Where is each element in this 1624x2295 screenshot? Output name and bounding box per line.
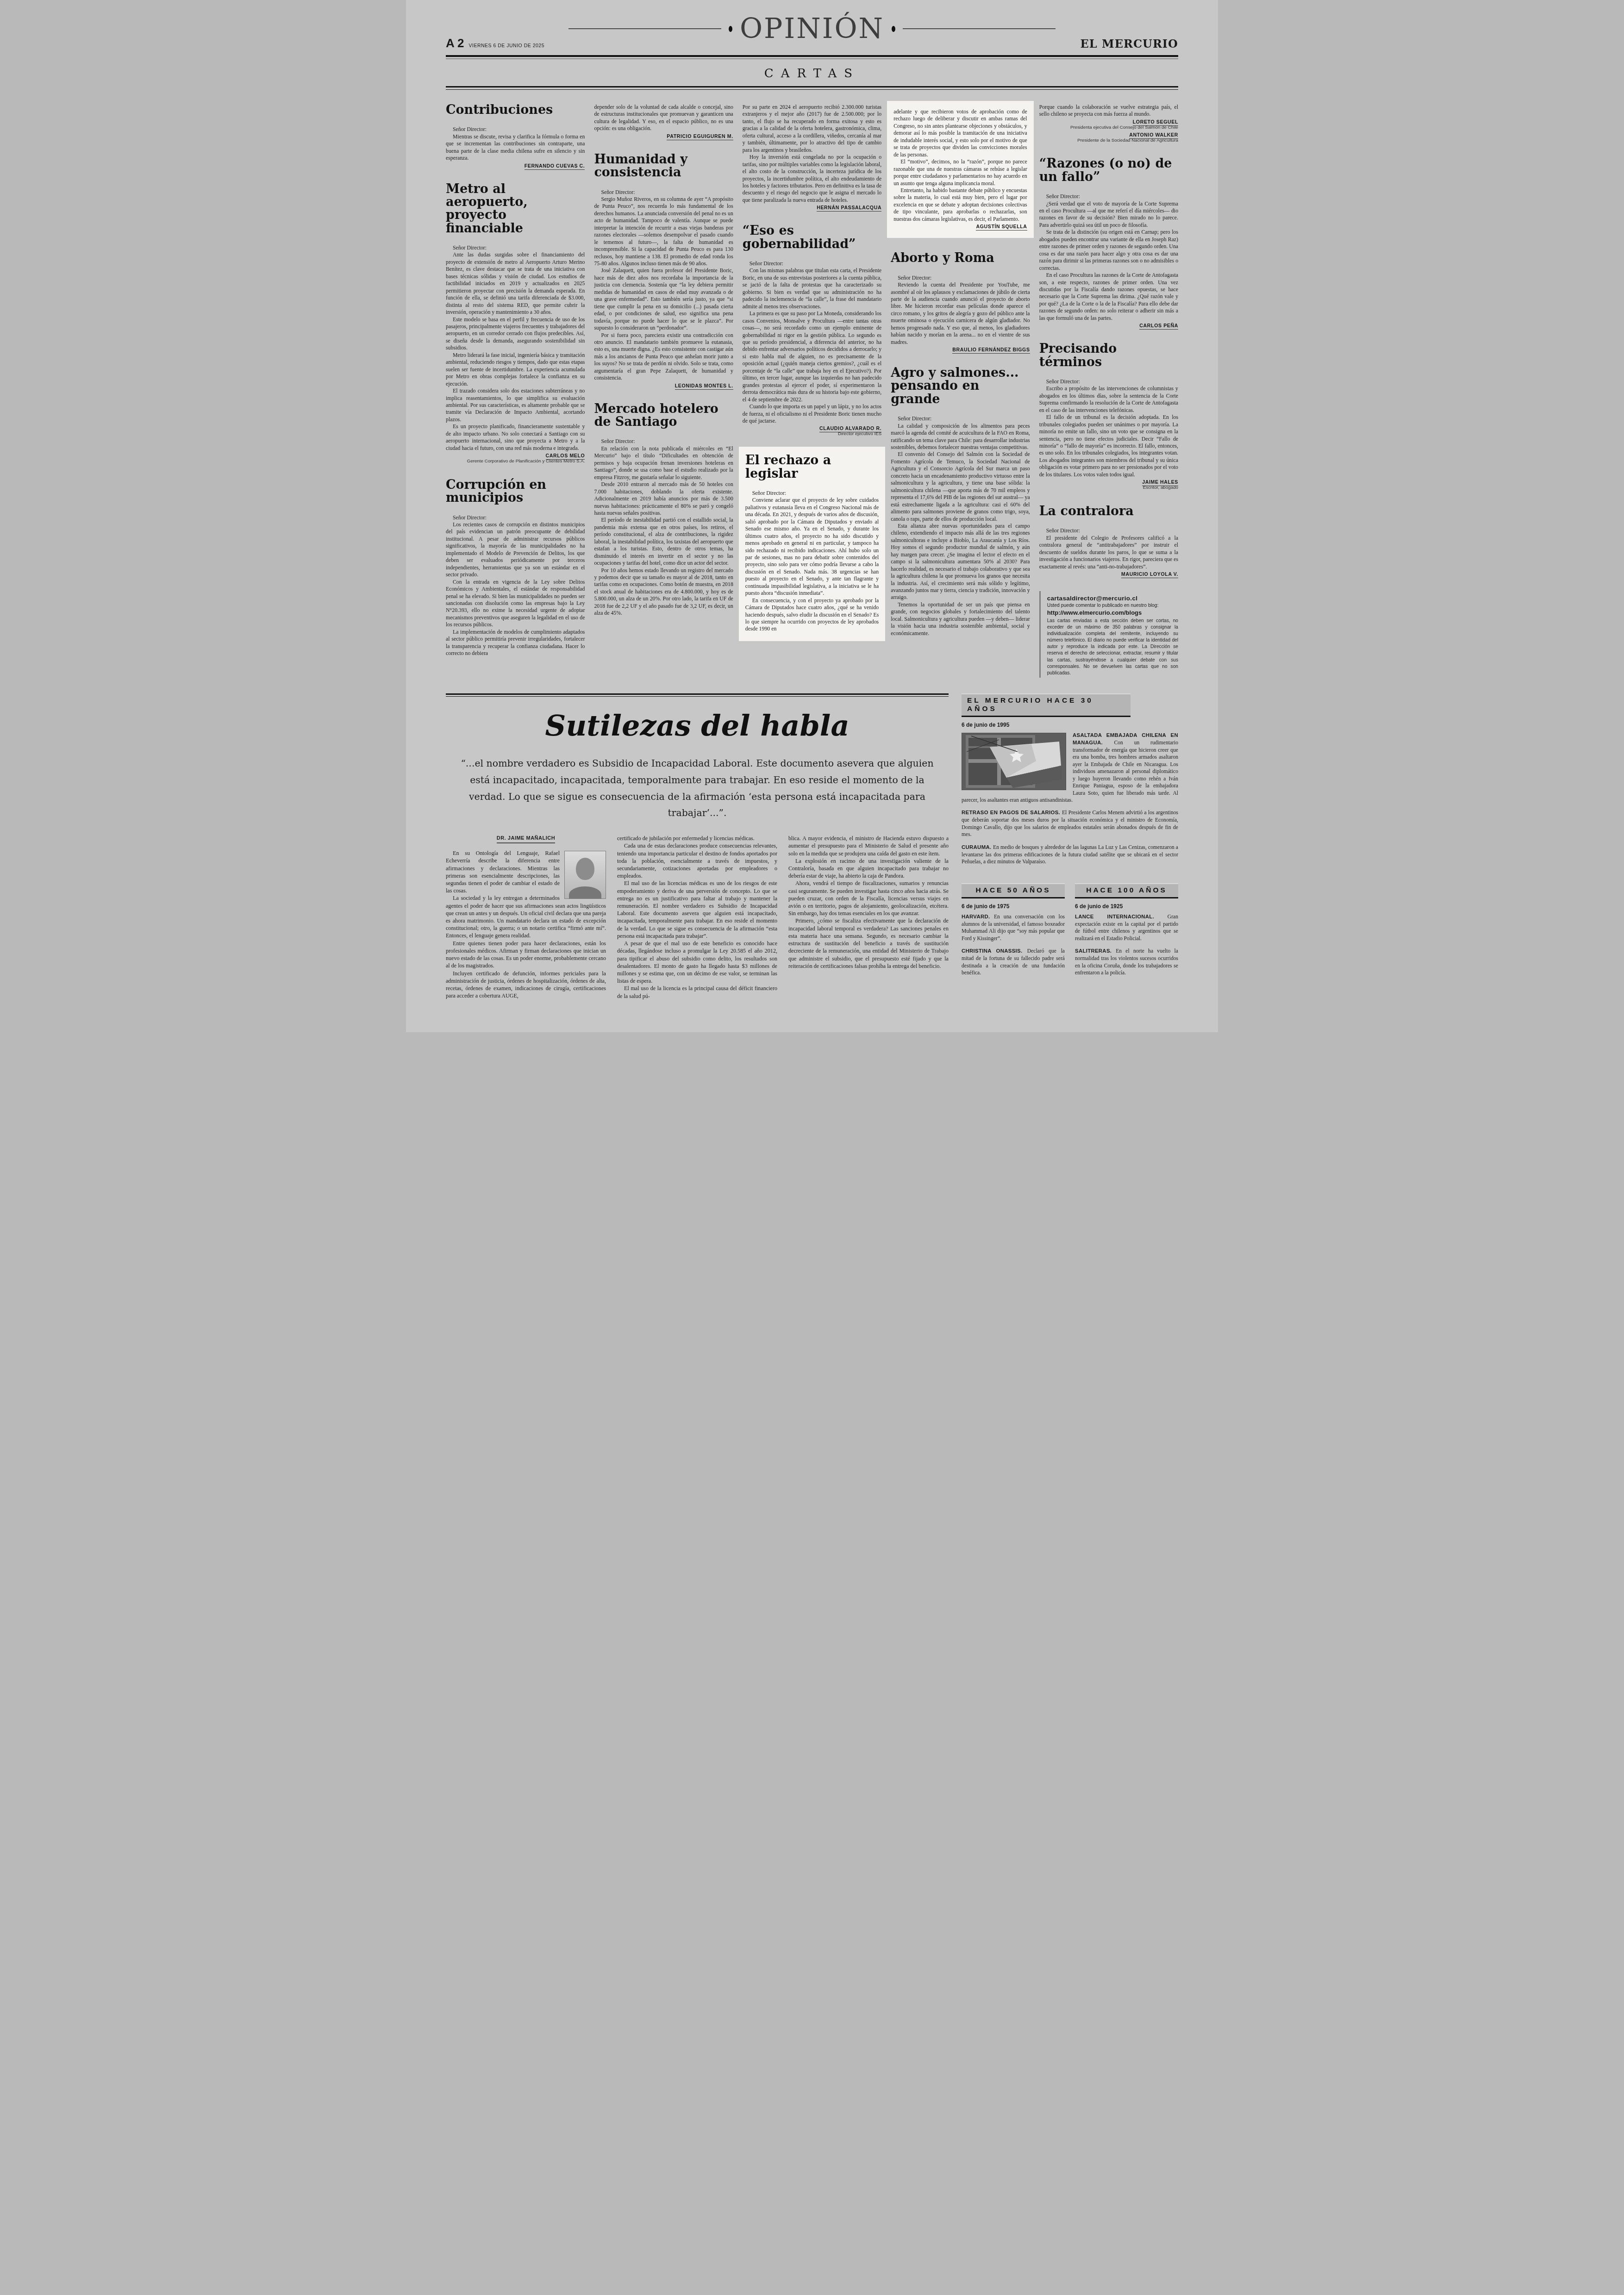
letter-paragraph: Mientras se discute, revisa y clarifica … <box>446 133 585 162</box>
hace30-title: EL MERCURIO HACE 30 AÑOS <box>962 693 1131 717</box>
masthead-rule-left <box>568 28 721 29</box>
separator-dot-icon <box>729 26 732 32</box>
letter-paragraph: Sergio Muñoz Riveros, en su columna de a… <box>594 196 733 268</box>
letter-paragraph: En relación con la nota publicada el mié… <box>594 445 733 481</box>
divider-rule <box>446 58 1178 59</box>
letter-paragraph: Con las mismas palabras que titulan esta… <box>743 267 881 310</box>
letter-signature: JAIME HALES <box>1039 480 1178 485</box>
archive-entry: CHRISTINA ONASSIS. Declaró que la mitad … <box>962 948 1065 976</box>
archive-entry: SALITRERAS. En el norte ha vuelto la nor… <box>1075 948 1178 976</box>
letter-paragraph: El período de inestabilidad partió con e… <box>594 517 733 567</box>
letter-paragraph: La implementación de modelos de cumplimi… <box>446 629 585 657</box>
letters-column: ContribucionesSeñor Director:Mientras se… <box>446 104 585 657</box>
feature-paragraph: Primero, ¿cómo se fiscaliza efectivament… <box>788 917 949 969</box>
letters-column: depender solo de la voluntad de cada alc… <box>594 104 733 617</box>
letter-signature: CARLOS PEÑA <box>1039 323 1178 329</box>
feature-paragraph: La sociedad y la ley entregan a determin… <box>446 894 606 939</box>
letter-paragraph: José Zalaquett, quien fuera profesor del… <box>594 267 733 331</box>
letter-paragraph: Se trata de la distinción (su origen est… <box>1039 229 1178 272</box>
letter-paragraph: Es un proyecto planificado, financierame… <box>446 423 585 452</box>
letter-headline: La contralora <box>1039 505 1178 518</box>
letter-paragraph: Señor Director: <box>1039 193 1178 200</box>
letter-paragraph: Señor Director: <box>1039 527 1178 534</box>
letter-signature: FERNANDO CUEVAS C. <box>446 163 585 169</box>
section-title: OPINIÓN <box>740 15 884 43</box>
letter-paragraph: Tenemos la oportunidad de ser un país qu… <box>891 601 1030 637</box>
feature-article: Sutilezas del habla “...el nombre verdad… <box>446 693 949 1000</box>
archive-sidebar: EL MERCURIO HACE 30 AÑOS 6 de junio de 1… <box>962 693 1178 982</box>
letters-column: Por su parte en 2024 el aeropuerto recib… <box>743 104 881 641</box>
letter-signature: MAURICIO LOYOLA V. <box>1039 572 1178 577</box>
letter-paragraph: Desde 2010 entraron al mercado más de 50… <box>594 481 733 517</box>
letter-signature: AGUSTÍN SQUELLA <box>893 224 1027 230</box>
feature-paragraph: Cada una de estas declaraciones produce … <box>617 842 777 879</box>
feature-paragraph: certificado de jubilación por enfermedad… <box>617 835 777 842</box>
letter-paragraph: Señor Director: <box>743 260 881 267</box>
bottom-section: Sutilezas del habla “...el nombre verdad… <box>446 693 1178 1000</box>
archive-entry: RETRASO EN PAGOS DE SALARIOS. El Preside… <box>962 809 1178 838</box>
page-number: A 2 <box>446 36 464 50</box>
letter-paragraph: Cuando lo que importa es un papel y un l… <box>743 403 881 424</box>
letter-headline: Corrupción en municipios <box>446 479 585 505</box>
letter-paragraph: ¿Será verdad que el voto de mayoría de l… <box>1039 200 1178 229</box>
hace50-title: HACE 50 AÑOS <box>962 883 1065 898</box>
feature-paragraph: Ahora, vendrá el tiempo de fiscalizacion… <box>788 879 949 917</box>
letter-paragraph: Señor Director: <box>1039 378 1178 385</box>
letters-columns: ContribucionesSeñor Director:Mientras se… <box>446 104 1178 678</box>
divider-rule <box>446 86 1178 90</box>
letter-paragraph: Con la entrada en vigencia de la Ley sob… <box>446 579 585 629</box>
feature-paragraph: A pesar de que el mal uso de este benefi… <box>617 940 777 985</box>
letter-paragraph: Metro liderará la fase inicial, ingenier… <box>446 352 585 387</box>
letter-paragraph-continued: Porque cuando la colaboración se vuelve … <box>1039 104 1178 118</box>
letter-headline: Humanidad y consistencia <box>594 153 733 180</box>
letter-signature: HERNÁN PASSALACQUA <box>743 205 881 211</box>
letter-paragraph: El trazado considera solo dos estaciones… <box>446 387 585 423</box>
subsection-title: CARTAS <box>446 67 1178 81</box>
letter-signer-role: Director ejecutivo IES <box>743 431 881 437</box>
archive-entry: HARVARD. En una conversación con los alu… <box>962 913 1065 942</box>
letter-paragraph: Este modelo se basa en el perfil y frecu… <box>446 316 585 352</box>
letter-signer-role: Gerente Corporativo de Planificación y C… <box>446 459 585 465</box>
letters-column: adelante y que recibieron votos de aprob… <box>891 104 1030 637</box>
archive-entry: CURAUMA. En medio de bosques y alrededor… <box>962 844 1178 866</box>
chilean-flag-embassy-photo <box>962 733 1066 790</box>
letter-signature: BRAULIO FERNÁNDEZ BIGGS <box>891 347 1030 353</box>
letter-paragraph-continued: adelante y que recibieron votos de aprob… <box>893 108 1027 158</box>
letter-signature: ANTONIO WALKER <box>1039 132 1178 138</box>
hace100-date: 6 de junio de 1925 <box>1075 903 1178 910</box>
masthead-rule-right <box>903 28 1056 29</box>
feature-paragraph: Entre quienes tienen poder para hacer de… <box>446 940 606 970</box>
letter-paragraph: Ante las dudas surgidas sobre el financi… <box>446 251 585 316</box>
letter-paragraph: Esta alianza abre nuevas oportunidades p… <box>891 523 1030 601</box>
letter-paragraph: Conviene aclarar que el proyecto de ley … <box>745 497 879 597</box>
letter-paragraph: Escribo a propósito de las intervencione… <box>1039 385 1178 414</box>
highlighted-letter-box: adelante y que recibieron votos de aprob… <box>887 101 1033 238</box>
feature-column: DR. JAIME MAÑALICHEn su Ontología del Le… <box>446 835 606 999</box>
hace50-date: 6 de junio de 1975 <box>962 903 1065 910</box>
letter-headline: Precisando términos <box>1039 343 1178 369</box>
letter-paragraph: Reviendo la cuenta del Presidente por Yo… <box>891 281 1030 346</box>
letter-paragraph: En el caso Procultura las razones de la … <box>1039 272 1178 322</box>
contact-blog-url: http://www.elmercurio.com/blogs <box>1047 609 1178 616</box>
letter-paragraph: El presidente del Colegio de Profesores … <box>1039 535 1178 570</box>
feature-paragraph: blica. A mayor evidencia, el ministro de… <box>788 835 949 857</box>
letter-signature: CLAUDIO ALVARADO R. <box>743 426 881 431</box>
hace100-entries: LANCE INTERNACIONAL. Gran expectación ex… <box>1075 913 1178 977</box>
letter-paragraph: Señor Director: <box>446 244 585 251</box>
newspaper-page: OPINIÓN A 2 VIERNES 6 DE JUNIO DE 2025 E… <box>406 0 1218 1032</box>
letter-headline: Agro y salmones... pensando en grande <box>891 367 1030 406</box>
letter-paragraph: El “motivo”, decimos, no la “razón”, por… <box>893 158 1027 187</box>
letter-paragraph: Señor Director: <box>594 438 733 445</box>
feature-paragraph: La explosión en racimo de una investigac… <box>788 857 949 880</box>
divider-rule <box>446 696 949 697</box>
letter-paragraph: Señor Director: <box>446 126 585 133</box>
feature-byline: DR. JAIME MAÑALICH <box>446 836 606 841</box>
letter-paragraph: La primera es que su paso por La Moneda,… <box>743 310 881 403</box>
manalich-portrait-photo <box>564 851 606 899</box>
hace30-date: 6 de junio de 1995 <box>962 722 1178 728</box>
letter-signature: LEONIDAS MONTES L. <box>594 383 733 389</box>
feature-headline: Sutilezas del habla <box>446 709 949 742</box>
letter-signer-role: Presidenta ejecutiva del Consejo del Sal… <box>1039 125 1178 131</box>
letter-headline: Mercado hotelero de Santiago <box>594 403 733 429</box>
letter-paragraph: En consecuencia, y con el proyecto ya ap… <box>745 597 879 633</box>
feature-pull-quote: “...el nombre verdadero es Subsidio de I… <box>458 755 937 822</box>
separator-dot-icon <box>892 26 895 32</box>
edition-date: VIERNES 6 DE JUNIO DE 2025 <box>469 43 545 49</box>
feature-paragraph: Incluyen certificado de defunción, infor… <box>446 970 606 1000</box>
hace50-box: HACE 50 AÑOS 6 de junio de 1975 HARVARD.… <box>962 883 1065 982</box>
letter-paragraph: Hoy la inversión está congelada no por l… <box>743 154 881 204</box>
letter-signer-role: Presidente de la Sociedad Nacional de Ag… <box>1039 138 1178 144</box>
letter-signature: LORETO SEGUEL <box>1039 119 1178 125</box>
letter-paragraph: La calidad y composición de los alimento… <box>891 423 1030 451</box>
feature-paragraph: El mal uso de la licencia es la principa… <box>617 985 777 999</box>
masthead: OPINIÓN A 2 VIERNES 6 DE JUNIO DE 2025 E… <box>446 12 1178 90</box>
letter-headline: “Razones (o no) de un fallo” <box>1039 157 1178 184</box>
letter-paragraph: Señor Director: <box>446 514 585 521</box>
contact-blog-line: Usted puede comentar lo publicado en nue… <box>1047 603 1178 608</box>
letter-headline: “Eso es gobernabilidad” <box>743 225 881 251</box>
letter-paragraph: Los recientes casos de corrupción en dis… <box>446 521 585 579</box>
feature-column: blica. A mayor evidencia, el ministro de… <box>788 835 949 999</box>
hace100-title: HACE 100 AÑOS <box>1075 883 1178 898</box>
highlighted-letter-box: El rechazo a legislarSeñor Director:Conv… <box>739 447 885 641</box>
letter-paragraph: Señor Director: <box>891 415 1030 422</box>
letter-signature: PATRICIO EGUIGUREN M. <box>594 134 733 139</box>
newspaper-brand: EL MERCURIO <box>1081 37 1178 50</box>
feature-columns: DR. JAIME MAÑALICHEn su Ontología del Le… <box>446 835 949 999</box>
hace30-entries: ASALTADA EMBAJADA CHILENA EN MANAGUA. Co… <box>962 732 1178 871</box>
letter-headline: Aborto y Roma <box>891 252 1030 265</box>
letter-paragraph: Señor Director: <box>594 189 733 196</box>
letter-paragraph: El fallo de un tribunal es la decisión a… <box>1039 414 1178 478</box>
letters-column: Porque cuando la colaboración se vuelve … <box>1039 104 1178 678</box>
letters-contact-box: cartasaldirector@mercurio.clUsted puede … <box>1039 591 1178 678</box>
divider-rule <box>446 55 1178 57</box>
contact-email: cartasaldirector@mercurio.cl <box>1047 595 1178 602</box>
letter-paragraph: Por 10 años hemos estado llevando un reg… <box>594 567 733 617</box>
letter-headline: Metro al aeropuerto, proyecto financiabl… <box>446 183 585 235</box>
letter-headline: El rechazo a legislar <box>745 454 879 480</box>
archive-entry: LANCE INTERNACIONAL. Gran expectación ex… <box>1075 913 1178 942</box>
letter-signature: CARLOS MELO <box>446 453 585 459</box>
letter-paragraph: El convenio del Consejo del Salmón con l… <box>891 451 1030 523</box>
letter-paragraph: Por si fuera poco, pareciera existir una… <box>594 332 733 382</box>
letter-paragraph: Señor Director: <box>891 274 1030 281</box>
letter-signer-role: Escritor, abogado <box>1039 485 1178 491</box>
letter-headline: Contribuciones <box>446 104 585 117</box>
letter-paragraph: Entretanto, ha habido bastante debate pú… <box>893 187 1027 223</box>
feature-column: certificado de jubilación por enfermedad… <box>617 835 777 999</box>
divider-rule <box>446 693 949 695</box>
letter-paragraph: Señor Director: <box>745 490 879 497</box>
feature-paragraph: El mal uso de las licencias médicas es u… <box>617 879 777 940</box>
hace50-entries: HARVARD. En una conversación con los alu… <box>962 913 1065 977</box>
letter-paragraph-continued: depender solo de la voluntad de cada alc… <box>594 104 733 132</box>
letter-paragraph-continued: Por su parte en 2024 el aeropuerto recib… <box>743 104 881 154</box>
contact-fine-print: Las cartas enviadas a esta sección deben… <box>1047 618 1178 677</box>
hace100-box: HACE 100 AÑOS 6 de junio de 1925 LANCE I… <box>1075 883 1178 982</box>
